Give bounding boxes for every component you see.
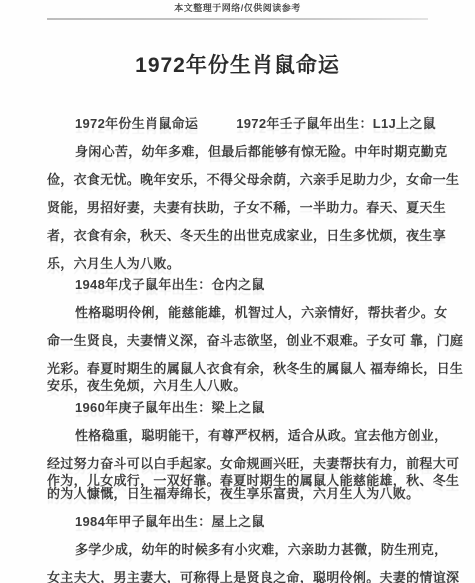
doc-line: 乐，六月生人为八败。 [47, 256, 428, 271]
doc-line: 者，衣食有余，秋天、冬天生的出世克成家业，日生多忧烦，夜生享 [47, 228, 428, 243]
section-heading-1960: 1960年庚子鼠年出生：梁上之鼠 [47, 400, 428, 415]
doc-line: 女主夫大，男主妻大，可称得上是贤良之命，聪明伶俐。夫妻的情谊深 [47, 570, 428, 583]
doc-line: 性格稳重，聪明能干，有尊严权柄，适合从政。宜去他方创业， [47, 428, 428, 443]
doc-line: 安乐，夜生免烦，六月生人八败。 [47, 378, 428, 393]
line-intro: 1972年份生肖鼠命运1972年壬子鼠年出生：L1J上之鼠 [47, 116, 428, 131]
doc-line: 贤能，男招好妻，夫妻有扶助，子女不稀，一半助力。春天、夏天生 [47, 200, 428, 215]
doc-line: 的为人慷慨，日生福寿绵长，夜生享乐富贵，六月生人为八败。 [47, 486, 428, 501]
page: 本文整理于网络/仅供阅读参考 1972年份生肖鼠命运 1972年份生肖鼠命运19… [0, 0, 475, 583]
doc-line: 俭，衣食无忧。晚年安乐，不得父母余荫，六亲手足助力少，女命一生 [47, 172, 428, 187]
header-note: 本文整理于网络/仅供阅读参考 [47, 3, 428, 14]
section-heading-1972: 1972年壬子鼠年出生：L1J上之鼠 [236, 116, 436, 131]
section-heading-1948: 1948年戊子鼠年出生：仓内之鼠 [47, 277, 428, 292]
section-heading-1984: 1984年甲子鼠年出生：屋上之鼠 [47, 514, 428, 529]
doc-line: 多学少成，幼年的时候多有小灾难，六亲助力甚微，防生刑克， [47, 542, 428, 557]
doc-line: 身闲心苦，幼年多难，但最后都能够有惊无险。中年时期克勤克 [47, 144, 428, 159]
doc-line: 性格聪明伶俐，能慈能雄，机智过人，六亲情好，帮扶者少。女 [47, 305, 428, 320]
inline-doc-title: 1972年份生肖鼠命运 [75, 116, 198, 131]
doc-line: 命一生贤良，夫妻情义深，奋斗志欲坚，创业不艰难。子女可 靠，门庭 [47, 333, 428, 348]
doc-line: 经过努力奋斗可以白手起家。女命规画兴旺，夫妻帮扶有力，前程大可 [47, 456, 428, 471]
doc-body: 1972年份生肖鼠命运1972年壬子鼠年出生：L1J上之鼠 身闲心苦，幼年多难，… [47, 116, 428, 583]
header-rule [47, 18, 428, 20]
page-title: 1972年份生肖鼠命运 [47, 53, 428, 79]
doc-line: 光彩。春夏时期生的属鼠人衣食有余，秋冬生的属鼠人 福寿绵长，日生 [47, 361, 428, 376]
